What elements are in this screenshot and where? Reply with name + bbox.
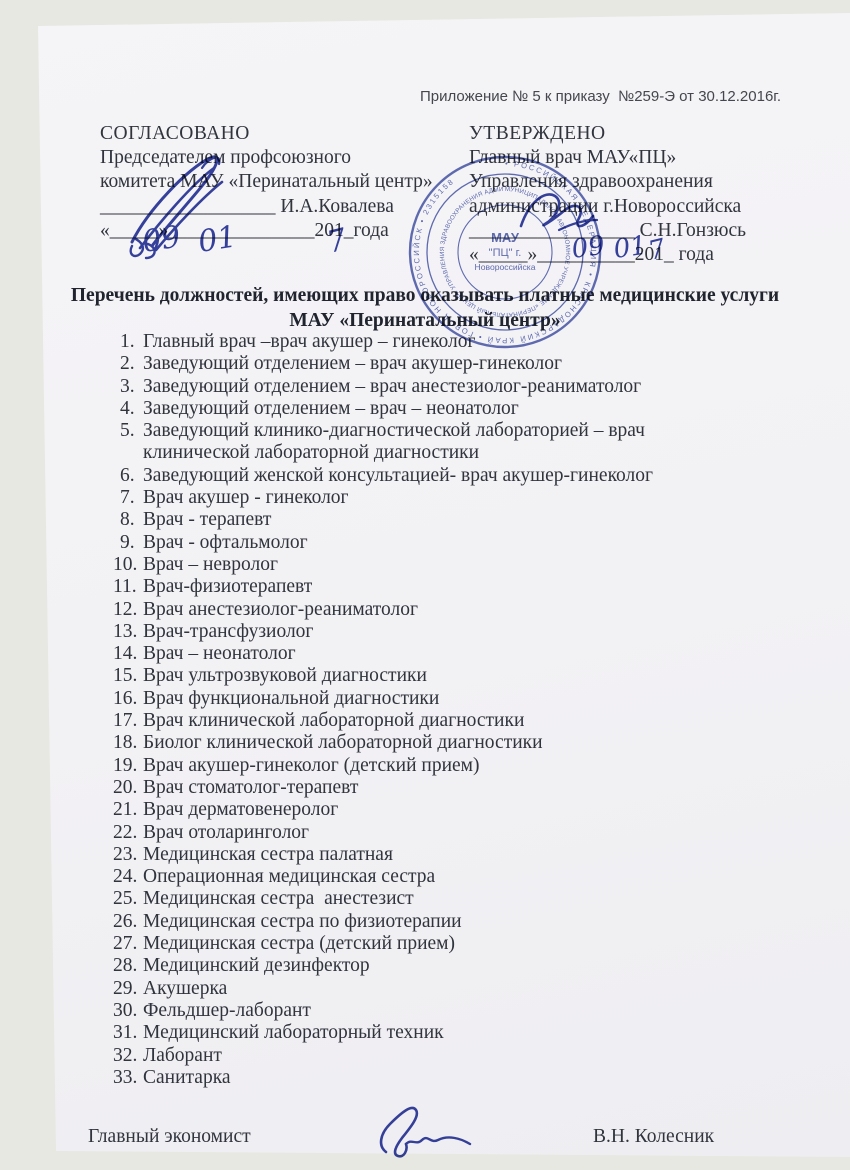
list-item-text: Главный врач –врач акушер – гинеколог [143, 331, 745, 353]
list-item-number: 30. [113, 1000, 143, 1022]
list-item-number: 19. [113, 755, 143, 777]
list-item: 1.Главный врач –врач акушер – гинеколог [113, 331, 745, 353]
list-item-text: Врач анестезиолог-реаниматолог [143, 599, 745, 621]
list-item: 22.Врач отоларинголог [113, 822, 745, 844]
list-item-number: 12. [113, 599, 143, 621]
list-item: 25.Медицинская сестра анестезист [113, 888, 745, 910]
list-item-number: 10. [113, 554, 143, 576]
list-item: 3.Заведующий отделением – врач анестезио… [113, 376, 745, 398]
list-item-text: Медицинская сестра (детский прием) [143, 933, 745, 955]
list-item-number: 15. [113, 665, 143, 687]
list-item: 2.Заведующий отделением – врач акушер-ги… [113, 353, 745, 375]
agreed-signature-line: __________________ И.А.Ковалева [100, 195, 465, 219]
list-item-text: Биолог клинической лабораторной диагност… [143, 732, 745, 754]
positions-list: 1.Главный врач –врач акушер – гинеколог2… [113, 331, 745, 1089]
agreed-line1: Председателем профсоюзного [100, 146, 465, 170]
list-item: 21.Врач дерматовенеролог [113, 799, 745, 821]
approved-line2: Управления здравоохранения [469, 170, 850, 194]
approved-block: УТВЕРЖДЕНО Главный врач МАУ«ПЦ» Управлен… [469, 122, 850, 267]
list-item-number: 9. [113, 532, 143, 554]
list-item-text: Медицинская сестра анестезист [143, 888, 745, 910]
list-item-text: Заведующий отделением – врач акушер-гине… [143, 353, 745, 375]
list-item: 4.Заведующий отделением – врач – неонато… [113, 398, 745, 420]
approved-signature-line: _________________ С.Н.Гонзюсь [469, 219, 850, 243]
list-item: 31.Медицинский лабораторный техник [113, 1022, 745, 1044]
list-item-number: 6. [113, 465, 143, 487]
list-item: 15.Врач ультрозвуковой диагностики [113, 665, 745, 687]
list-item-number: 14. [113, 643, 143, 665]
list-item: 30.Фельдшер-лаборант [113, 1000, 745, 1022]
list-item: 33.Санитарка [113, 1067, 745, 1089]
list-item: 24.Операционная медицинская сестра [113, 866, 745, 888]
list-item-text: Лаборант [143, 1045, 745, 1067]
list-item-text: Врач – невролог [143, 554, 745, 576]
list-item-text: Медицинский лабораторный техник [143, 1022, 745, 1044]
document-title-line2: МАУ «Перинатальный центр» [20, 309, 830, 334]
list-item: 14.Врач – неонатолог [113, 643, 745, 665]
list-item-number: 1. [113, 331, 143, 353]
approved-line1: Главный врач МАУ«ПЦ» [469, 146, 850, 170]
list-item-text: Медицинская сестра по физиотерапии [143, 911, 745, 933]
list-item-number: 8. [113, 509, 143, 531]
list-item-number: 25. [113, 888, 143, 910]
list-item-text: Врач – неонатолог [143, 643, 745, 665]
list-item: 18.Биолог клинической лабораторной диагн… [113, 732, 745, 754]
appendix-note: Приложение № 5 к приказу №259-Э от 30.12… [420, 88, 781, 105]
list-item-text: Врач дерматовенеролог [143, 799, 745, 821]
list-item: 20.Врач стоматолог-терапевт [113, 777, 745, 799]
list-item-text: Заведующий клинико-диагностической лабор… [143, 420, 745, 465]
list-item: 12.Врач анестезиолог-реаниматолог [113, 599, 745, 621]
approved-heading: УТВЕРЖДЕНО [469, 122, 850, 146]
list-item-text: Врач функциональной диагностики [143, 688, 745, 710]
list-item-text: Врач - терапевт [143, 509, 745, 531]
list-item-text: Медицинская сестра палатная [143, 844, 745, 866]
list-item-number: 32. [113, 1045, 143, 1067]
list-item-text: Заведующий женской консультацией- врач а… [143, 465, 745, 487]
list-item-number: 4. [113, 398, 143, 420]
list-item-text: Врач ультрозвуковой диагностики [143, 665, 745, 687]
list-item: 13.Врач-трансфузиолог [113, 621, 745, 643]
list-item-text: Врач-трансфузиолог [143, 621, 745, 643]
list-item: 8.Врач - терапевт [113, 509, 745, 531]
approved-date-line: «_____»__________201_ года [469, 243, 850, 267]
document-title: Перечень должностей, имеющих право оказы… [20, 284, 830, 333]
list-item-text: Фельдшер-лаборант [143, 1000, 745, 1022]
document-title-line1: Перечень должностей, имеющих право оказы… [20, 284, 830, 309]
list-item-number: 26. [113, 911, 143, 933]
agreed-heading: СОГЛАСОВАНО [100, 122, 465, 146]
list-item-number: 28. [113, 955, 143, 977]
list-item-number: 31. [113, 1022, 143, 1044]
list-item: 17.Врач клинической лабораторной диагнос… [113, 710, 745, 732]
list-item-number: 27. [113, 933, 143, 955]
list-item-text: Заведующий отделением – врач анестезиоло… [143, 376, 745, 398]
list-item: 5.Заведующий клинико-диагностической лаб… [113, 420, 745, 465]
list-item: 27.Медицинская сестра (детский прием) [113, 933, 745, 955]
list-item-number: 20. [113, 777, 143, 799]
list-item-number: 18. [113, 732, 143, 754]
list-item-text: Операционная медицинская сестра [143, 866, 745, 888]
approved-line3: администрации г.Новороссийска [469, 195, 850, 219]
list-item-number: 7. [113, 487, 143, 509]
list-item-number: 23. [113, 844, 143, 866]
list-item-text: Врач - офтальмолог [143, 532, 745, 554]
footer-role: Главный экономист [88, 1126, 251, 1148]
list-item: 29.Акушерка [113, 978, 745, 1000]
list-item-text: Акушерка [143, 978, 745, 1000]
list-item-number: 29. [113, 978, 143, 1000]
list-item-text: Медицинский дезинфектор [143, 955, 745, 977]
list-item-text: Врач акушер - гинеколог [143, 487, 745, 509]
list-item-number: 5. [113, 420, 143, 465]
list-item-number: 22. [113, 822, 143, 844]
list-item: 7.Врач акушер - гинеколог [113, 487, 745, 509]
list-item-text: Врач стоматолог-терапевт [143, 777, 745, 799]
list-item-text: Санитарка [143, 1067, 745, 1089]
list-item-text: Врач отоларинголог [143, 822, 745, 844]
list-item-number: 16. [113, 688, 143, 710]
agreed-line2: комитета МАУ «Перинатальный центр» [100, 170, 465, 194]
list-item-number: 33. [113, 1067, 143, 1089]
list-item-number: 2. [113, 353, 143, 375]
list-item-text: Врач клинической лабораторной диагностик… [143, 710, 745, 732]
list-item-number: 17. [113, 710, 143, 732]
agreed-block: СОГЛАСОВАНО Председателем профсоюзного к… [100, 122, 465, 243]
agreed-date-line: «_____»_______________201_года [100, 219, 465, 243]
list-item: 6.Заведующий женской консультацией- врач… [113, 465, 745, 487]
list-item: 23.Медицинская сестра палатная [113, 844, 745, 866]
list-item: 19.Врач акушер-гинеколог (детский прием) [113, 755, 745, 777]
footer-name: В.Н. Колесник [593, 1126, 714, 1148]
list-item: 26.Медицинская сестра по физиотерапии [113, 911, 745, 933]
list-item: 9.Врач - офтальмолог [113, 532, 745, 554]
list-item-number: 21. [113, 799, 143, 821]
list-item-number: 24. [113, 866, 143, 888]
list-item: 28.Медицинский дезинфектор [113, 955, 745, 977]
list-item: 32.Лаборант [113, 1045, 745, 1067]
list-item-number: 13. [113, 621, 143, 643]
list-item: 16.Врач функциональной диагностики [113, 688, 745, 710]
list-item: 11.Врач-физиотерапевт [113, 576, 745, 598]
list-item: 10.Врач – невролог [113, 554, 745, 576]
list-item-text: Врач акушер-гинеколог (детский прием) [143, 755, 745, 777]
list-item-text: Заведующий отделением – врач – неонатоло… [143, 398, 745, 420]
list-item-number: 3. [113, 376, 143, 398]
list-item-number: 11. [113, 576, 143, 598]
list-item-text: Врач-физиотерапевт [143, 576, 745, 598]
